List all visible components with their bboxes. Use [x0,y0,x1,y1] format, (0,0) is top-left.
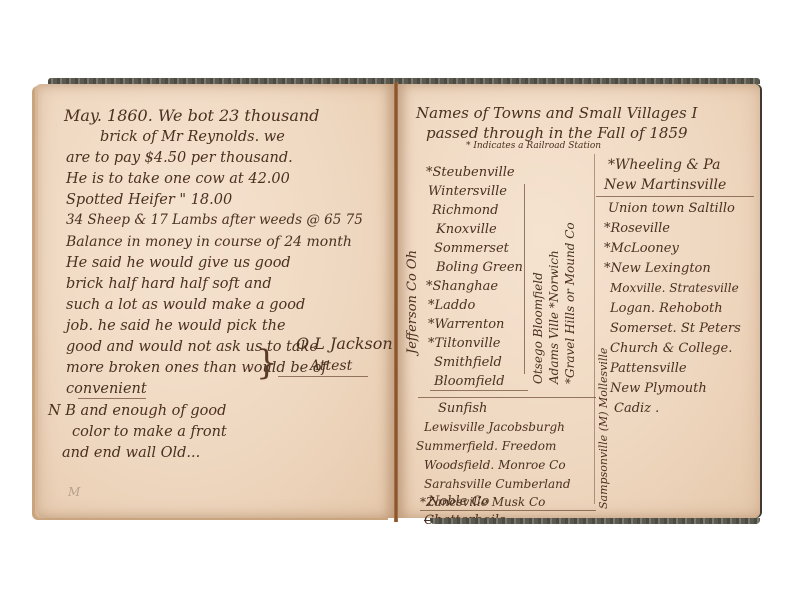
left-line: He is to take one cow at 42.00 [66,172,290,187]
left-line: Balance in money in course of 24 month [66,235,352,249]
brace: } [256,346,278,380]
town-item: New Plymouth [610,382,707,395]
signature-rule [278,376,368,377]
town-item: *Steubenville [426,166,515,179]
left-page: May. 1860. We bot 23 thousand brick of M… [38,84,394,518]
town-item: Sommerset [434,242,509,255]
left-line: job. he said he would pick the [66,319,286,334]
left-line: such a lot as would make a good [66,298,305,313]
nb-line: N B and enough of good [48,404,226,419]
town-item: *Tiltonville [428,337,500,350]
signature: O L Jackson [296,336,393,352]
vertical-town-line: *Gravel Hills or Mound Co [564,222,576,384]
left-line: brick of Mr Reynolds. we [100,130,285,145]
town-item: *Roseville [604,222,670,235]
town-item: Moxville. Stratesville [610,282,739,294]
town-item: *Warrenton [428,318,504,331]
section-rule [420,510,596,511]
right-page: Names of Towns and Small Villages I pass… [398,84,760,518]
town-item: *New Lexington [604,262,711,275]
town-item: *McLooney [604,242,679,255]
town-item: Woodsfield. Monroe Co [424,459,566,471]
town-item: Sarahsville Cumberland [424,478,571,490]
town-item: Knoxville [436,223,497,236]
left-line: Spotted Heifer " 18.00 [66,193,232,208]
railroad-note: * Indicates a Railroad Station [466,142,601,151]
town-item: Summerfield. Freedom [416,440,556,452]
left-line: May. 1860. We bot 23 thousand [64,108,319,124]
left-line: more broken ones than would be of [66,361,327,376]
section-rule [418,397,596,398]
margin-county-label: Jefferson Co Oh [406,250,419,354]
cover-edge-bottom [430,518,760,524]
town-item: Boling Green [436,261,523,274]
left-line: 34 Sheep & 17 Lambs after weeds @ 65 75 [66,214,363,228]
town-item: Union town Saltillo [608,202,735,215]
attest-label: Attest [310,359,352,373]
town-item: *Laddo [428,299,475,312]
section-rule [596,196,754,197]
left-line: brick half hard half soft and [66,277,272,292]
column-rule [524,184,525,374]
town-item: Church & College. [610,342,732,355]
vertical-town-line: Adams Ville *Norwich [548,250,560,384]
town-item: Somerset. St Peters [610,322,741,335]
pencil-mark: M [68,486,80,498]
left-line: convenient [66,382,147,397]
right-heading: Names of Towns and Small Villages I [416,106,697,121]
underline [78,398,146,399]
left-line: are to pay $4.50 per thousand. [66,151,293,166]
town-item: Logan. Rehoboth [610,302,723,315]
underline [430,390,528,391]
town-item: Pattensville [610,362,687,375]
town-item: New Martinsville [604,178,726,192]
vertical-town-line: Otsego Bloomfield [532,272,544,384]
vertical-town-line: Sampsonville (M) Mollesville [598,348,609,509]
town-item: *Shanghae [426,280,498,293]
town-item: Bloomfield [434,375,505,388]
town-item: *Wheeling & Pa [608,158,720,172]
column-rule [594,154,595,504]
town-item: Cadiz . [614,402,659,415]
nb-line: color to make a front [72,425,227,440]
town-item: Lewisville Jacobsburgh [424,421,565,433]
town-item: Richmond [432,204,498,217]
town-item: Smithfield [434,356,502,369]
left-line: He said he would give us good [66,256,291,271]
town-item: Sunfish [438,402,487,415]
open-ledger-book: May. 1860. We bot 23 thousand brick of M… [38,78,762,524]
right-heading: passed through in the Fall of 1859 [426,126,688,141]
town-item: Wintersville [428,185,507,198]
nb-line: and end wall Old... [62,446,200,461]
left-line: good and would not ask us to take [66,340,318,355]
town-item: *Zanesville Musk Co [420,496,545,508]
